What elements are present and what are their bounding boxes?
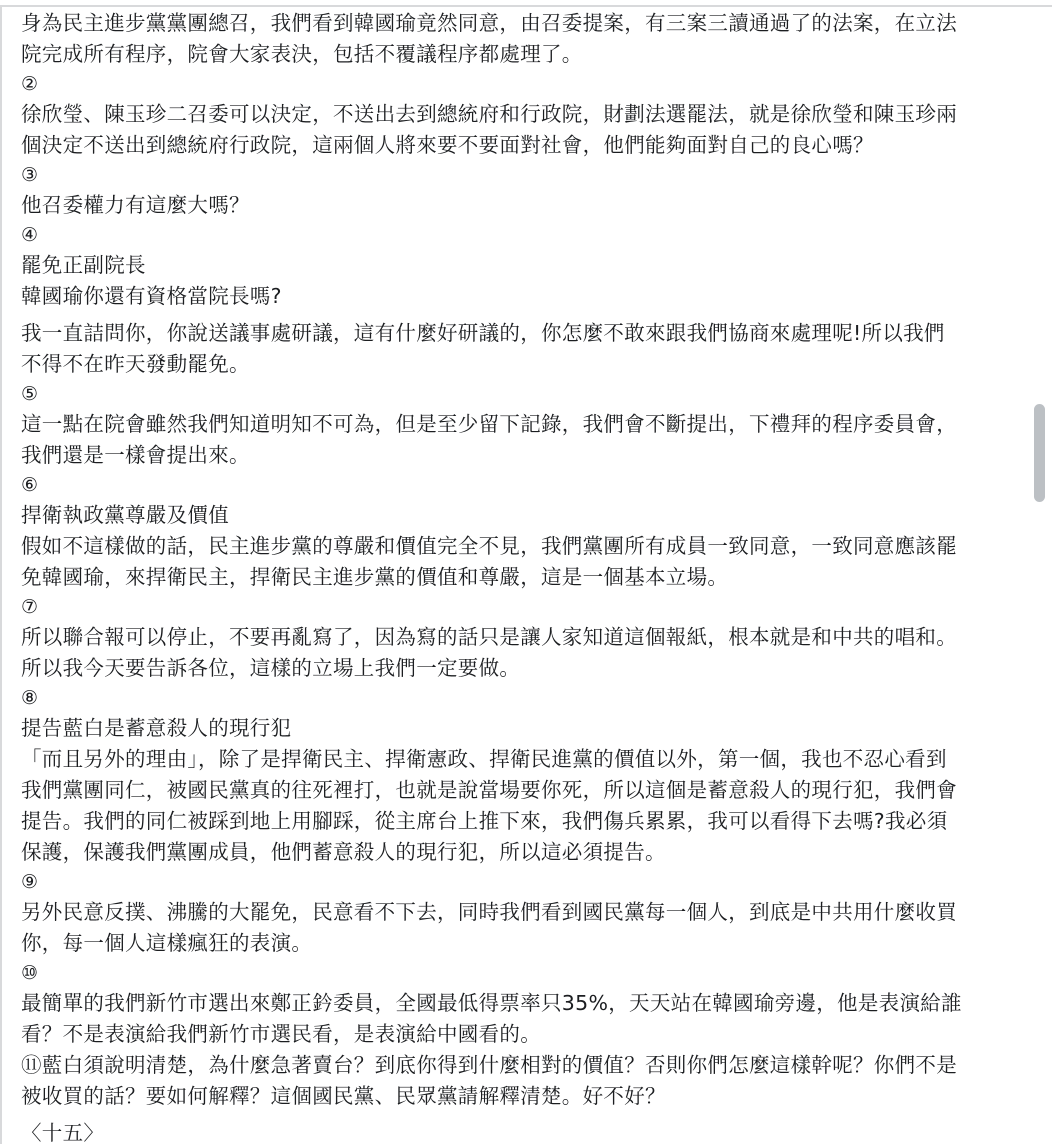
text-line: 你，每一個人這樣瘋狂的表演。 [21, 928, 1041, 959]
section-number: ④ [21, 221, 1041, 250]
post-body: 身為民主進步黨黨團總召，我們看到韓國瑜竟然同意，由召委提案，有三案三讀通過了的法… [21, 8, 1041, 1144]
section-number: ③ [21, 161, 1041, 190]
text-line: 免韓國瑜，來捍衛民主，捍衛民主進步黨的價值和尊嚴，這是一個基本立場。 [21, 562, 1041, 593]
section-heading: 提告藍白是蓄意殺人的現行犯 [21, 713, 1041, 744]
section-number: ⑩ [21, 959, 1041, 988]
text-line: 身為民主進步黨黨團總召，我們看到韓國瑜竟然同意，由召委提案，有三案三讀通過了的法… [21, 8, 1041, 39]
text-line: 我一直詰問你，你說送議事處研議，這有什麼好研議的，你怎麼不敢來跟我們協商來處理呢… [21, 318, 1041, 349]
section-number: ② [21, 70, 1041, 99]
section-number: ⑦ [21, 593, 1041, 622]
scrollbar-thumb[interactable] [1034, 404, 1045, 502]
text-line: 被收買的話？要如何解釋？這個國民黨、民眾黨請解釋清楚。好不好？ [21, 1081, 1041, 1112]
text-line: 個決定不送出到總統府行政院，這兩個人將來要不要面對社會，他們能夠面對自己的良心嗎… [21, 130, 1041, 161]
section-heading: 捍衛執政黨尊嚴及價值 [21, 500, 1041, 531]
section-number: ⑤ [21, 380, 1041, 409]
text-line: 提告。我們的同仁被踩到地上用腳踩，從主席台上推下來，我們傷兵累累，我可以看得下去… [21, 806, 1041, 837]
text-line: 我們還是一樣會提出來。 [21, 440, 1041, 471]
text-line: 最簡單的我們新竹市選出來鄭正鈐委員，全國最低得票率只35%，天天站在韓國瑜旁邊，… [21, 988, 1041, 1019]
text-line: 保護，保護我們黨團成員，他們蓄意殺人的現行犯，所以這必須提告。 [21, 837, 1041, 868]
text-line: 假如不這樣做的話，民主進步黨的尊嚴和價值完全不見，我們黨團所有成員一致同意，一致… [21, 531, 1041, 562]
section-number: ⑥ [21, 471, 1041, 500]
text-line: 另外民意反撲、沸騰的大罷免，民意看不下去，同時我們看到國民黨每一個人，到底是中共… [21, 897, 1041, 928]
text-line: 韓國瑜你還有資格當院長嗎? [21, 281, 1041, 312]
text-line: ⑪藍白須說明清楚，為什麼急著賣台？到底你得到什麼相對的價值？否則你們怎麼這樣幹呢… [21, 1050, 1041, 1081]
text-line: 「而且另外的理由」，除了是捍衛民主、捍衛憲政、捍衛民進黨的價值以外，第一個，我也… [21, 744, 1041, 775]
text-line: 院完成所有程序，院會大家表決，包括不覆議程序都處理了。 [21, 39, 1041, 70]
text-line: 徐欣瑩、陳玉珍二召委可以決定，不送出去到總統府和行政院，財劃法選罷法，就是徐欣瑩… [21, 99, 1041, 130]
text-line: 看？不是表演給我們新竹市選民看，是表演給中國看的。 [21, 1019, 1041, 1050]
section-heading: 罷免正副院長 [21, 250, 1041, 281]
text-line: 不得不在昨天發動罷免。 [21, 349, 1041, 380]
left-border [0, 7, 2, 1144]
text-line: 所以我今天要告訴各位，這樣的立場上我們一定要做。 [21, 653, 1041, 684]
section-number: ⑧ [21, 684, 1041, 713]
text-line: 我們黨團同仁，被國民黨真的往死裡打，也就是說當場要你死，所以這個是蓄意殺人的現行… [21, 775, 1041, 806]
section-number: ⑨ [21, 868, 1041, 897]
part-label: 〈十五〉 [21, 1118, 1041, 1144]
text-line: 這一點在院會雖然我們知道明知不可為，但是至少留下記錄，我們會不斷提出，下禮拜的程… [21, 409, 1041, 440]
text-line: 所以聯合報可以停止，不要再亂寫了，因為寫的話只是讓人家知道這個報紙，根本就是和中… [21, 622, 1041, 653]
top-divider [0, 0, 1052, 7]
text-line: 他召委權力有這麼大嗎？ [21, 190, 1041, 221]
